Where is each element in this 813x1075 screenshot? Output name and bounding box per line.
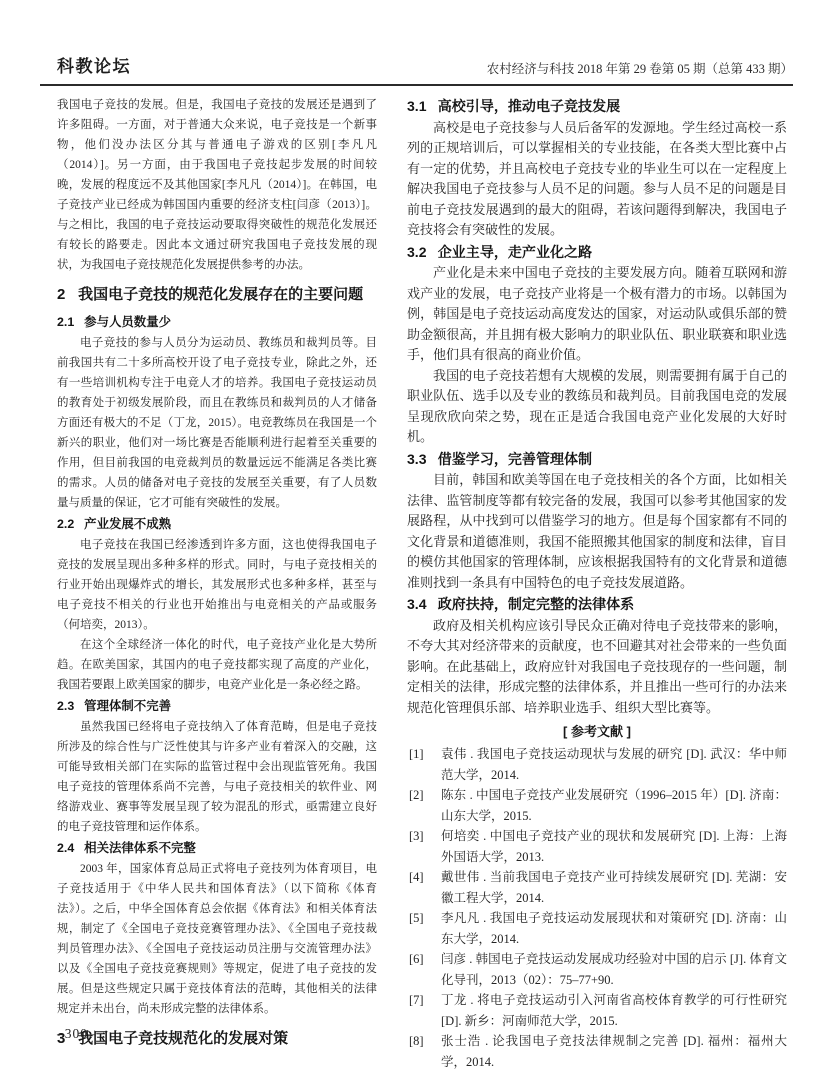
paragraph: 在这个全球经济一体化的时代，电子竞技产业化是大势所趋。在欧美国家，其国内的电子竞… xyxy=(57,635,377,695)
heading-number: 3.4 xyxy=(407,596,427,612)
subsection-heading-3-1: 3.1高校引导，推动电子竞技发展 xyxy=(407,96,787,117)
reference-text: 袁伟 . 我国电子竞技运动现状与发展的研究 [D]. 武汉：华中师范大学，201… xyxy=(441,747,787,782)
subsection-heading-3-2: 3.2企业主导，走产业化之路 xyxy=(407,242,787,263)
reference-number: [4] xyxy=(409,867,424,888)
heading-number: 2.3 xyxy=(57,699,74,713)
reference-entry: [8]张士浩 . 论我国电子竞技法律规制之完善 [D]. 福州：福州大学，201… xyxy=(407,1031,787,1072)
paragraph: 虽然我国已经将电子竞技纳入了体育范畴，但是电子竞技所涉及的综合性与广泛性使其与许… xyxy=(57,717,377,837)
reference-number: [5] xyxy=(409,908,424,929)
right-column: 3.1高校引导，推动电子竞技发展 高校是电子竞技参与人员后备军的发源地。学生经过… xyxy=(407,95,787,1072)
heading-title: 参与人员数量少 xyxy=(84,315,171,329)
reference-number: [8] xyxy=(409,1031,424,1052)
reference-number: [6] xyxy=(409,949,424,970)
reference-text: 李凡凡 . 我国电子竞技运动发展现状和对策研究 [D]. 济南：山东大学，201… xyxy=(441,911,787,946)
reference-text: 张士浩 . 论我国电子竞技法律规制之完善 [D]. 福州：福州大学，2014. xyxy=(441,1034,787,1069)
paragraph: 电子竞技在我国已经渗透到许多方面，这也使得我国电子竞技的发展呈现出多种多样的形式… xyxy=(57,535,377,635)
paragraph: 高校是电子竞技参与人员后备军的发源地。学生经过高校一系列的正规培训后，可以掌握相… xyxy=(407,118,787,241)
heading-title: 相关法律体系不完整 xyxy=(84,841,196,855)
heading-title: 高校引导，推动电子竞技发展 xyxy=(438,98,620,114)
heading-title: 我国电子竞技的规范化发展存在的主要问题 xyxy=(78,286,363,303)
subsection-heading-2-1: 2.1参与人员数量少 xyxy=(57,312,377,332)
section-heading-3: 3我国电子竞技规范化的发展对策 xyxy=(57,1028,377,1050)
reference-text: 何培奕 . 中国电子竞技产业的现状和发展研究 [D]. 上海：上海外国语大学，2… xyxy=(441,829,787,864)
subsection-heading-2-2: 2.2产业发展不成熟 xyxy=(57,514,377,534)
heading-number: 3.2 xyxy=(407,244,427,260)
reference-entry: [1]袁伟 . 我国电子竞技运动现状与发展的研究 [D]. 武汉：华中师范大学，… xyxy=(407,744,787,785)
paragraph: 2003 年，国家体育总局正式将电子竞技列为体育项目，电子竞技适用于《中华人民共… xyxy=(57,859,377,1019)
column-section-title: 科教论坛 xyxy=(40,52,131,77)
reference-entry: [6]闫彦 . 韩国电子竞技运动发展成功经验对中国的启示 [J]. 体育文化导刊… xyxy=(407,949,787,990)
heading-title: 管理体制不完善 xyxy=(84,699,171,713)
heading-title: 产业发展不成熟 xyxy=(84,517,171,531)
heading-number: 3.3 xyxy=(407,451,427,467)
paragraph: 政府及相关机构应该引导民众正确对待电子竞技带来的影响，不夸大其对经济带来的贡献度… xyxy=(407,616,787,719)
heading-number: 2.4 xyxy=(57,841,74,855)
heading-number: 2 xyxy=(57,286,65,303)
reference-entry: [5]李凡凡 . 我国电子竞技运动发展现状和对策研究 [D]. 济南：山东大学，… xyxy=(407,908,787,949)
reference-number: [7] xyxy=(409,990,424,1011)
heading-number: 2.2 xyxy=(57,517,74,531)
journal-issue-info: 农村经济与科技 2018 年第 29 卷第 05 期（总第 433 期） xyxy=(487,59,793,77)
heading-number: 2.1 xyxy=(57,315,74,329)
page-header: 科教论坛 农村经济与科技 2018 年第 29 卷第 05 期（总第 433 期… xyxy=(40,52,793,86)
reference-text: 陈东 . 中国电子竞技产业发展研究（1996–2015 年）[D]. 济南：山东… xyxy=(441,788,787,823)
subsection-heading-2-4: 2.4相关法律体系不完整 xyxy=(57,838,377,858)
reference-number: [3] xyxy=(409,826,424,847)
references-list: [1]袁伟 . 我国电子竞技运动现状与发展的研究 [D]. 武汉：华中师范大学，… xyxy=(407,744,787,1072)
reference-entry: [7]丁龙 . 将电子竞技运动引入河南省高校体育教学的可行性研究 [D]. 新乡… xyxy=(407,990,787,1031)
reference-text: 戴世伟 . 当前我国电子竞技产业可持续发展研究 [D]. 芜湖：安徽工程大学，2… xyxy=(441,870,787,905)
left-column: 我国电子竞技的发展。但是，我国电子竞技的发展还是遇到了许多阻碍。一方面，对于普通… xyxy=(57,95,377,1072)
subsection-heading-3-4: 3.4政府扶持，制定完整的法律体系 xyxy=(407,594,787,615)
heading-title: 企业主导，走产业化之路 xyxy=(438,244,592,260)
heading-title: 借鉴学习，完善管理体制 xyxy=(438,451,592,467)
paragraph: 产业化是未来中国电子竞技的主要发展方向。随着互联网和游戏产业的发展，电子竞技产业… xyxy=(407,263,787,366)
reference-entry: [4]戴世伟 . 当前我国电子竞技产业可持续发展研究 [D]. 芜湖：安徽工程大… xyxy=(407,867,787,908)
subsection-heading-3-3: 3.3借鉴学习，完善管理体制 xyxy=(407,449,787,470)
heading-title: 政府扶持，制定完整的法律体系 xyxy=(438,596,634,612)
reference-entry: [3]何培奕 . 中国电子竞技产业的现状和发展研究 [D]. 上海：上海外国语大… xyxy=(407,826,787,867)
paragraph: 目前，韩国和欧美等国在电子竞技相关的各个方面，比如相关法律、监管制度等都有较完备… xyxy=(407,470,787,593)
references-heading: [ 参考文献 ] xyxy=(407,721,787,742)
reference-number: [1] xyxy=(409,744,424,765)
reference-entry: [2]陈东 . 中国电子竞技产业发展研究（1996–2015 年）[D]. 济南… xyxy=(407,785,787,826)
reference-text: 闫彦 . 韩国电子竞技运动发展成功经验对中国的启示 [J]. 体育文化导刊，20… xyxy=(441,952,787,987)
heading-title: 我国电子竞技规范化的发展对策 xyxy=(78,1030,288,1047)
paragraph: 电子竞技的参与人员分为运动员、教练员和裁判员等。目前我国共有二十多所高校开设了电… xyxy=(57,333,377,513)
paragraph-continuation: 我国电子竞技的发展。但是，我国电子竞技的发展还是遇到了许多阻碍。一方面，对于普通… xyxy=(57,95,377,275)
paragraph: 我国的电子竞技若想有大规模的发展，则需要拥有属于自己的职业队伍、选手以及专业的教… xyxy=(407,366,787,448)
reference-text: 丁龙 . 将电子竞技运动引入河南省高校体育教学的可行性研究 [D]. 新乡：河南… xyxy=(441,993,787,1028)
subsection-heading-2-3: 2.3管理体制不完善 xyxy=(57,696,377,716)
reference-number: [2] xyxy=(409,785,424,806)
page-number: –300– xyxy=(57,1026,96,1042)
heading-number: 3.1 xyxy=(407,98,427,114)
article-body: 我国电子竞技的发展。但是，我国电子竞技的发展还是遇到了许多阻碍。一方面，对于普通… xyxy=(57,95,787,1072)
section-heading-2: 2我国电子竞技的规范化发展存在的主要问题 xyxy=(57,284,377,306)
